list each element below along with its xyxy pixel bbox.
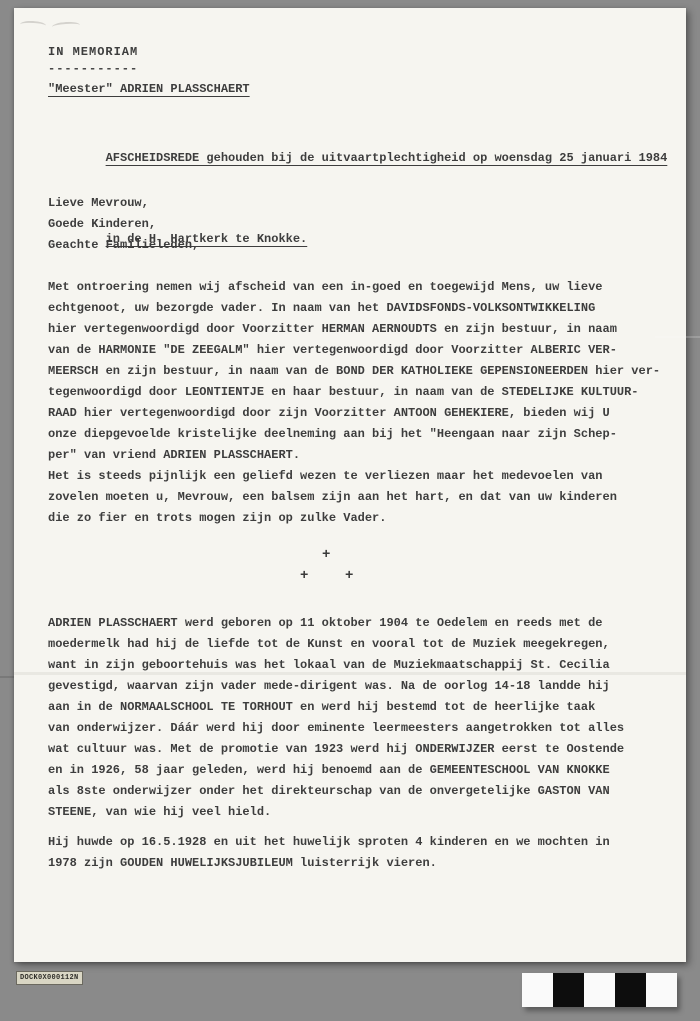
calibration-square xyxy=(646,973,677,1007)
text-line: per" van vriend ADRIEN PLASSCHAERT. xyxy=(48,445,660,466)
plus-mark: + xyxy=(322,548,330,562)
paragraph-2: ADRIEN PLASSCHAERT werd geboren op 11 ok… xyxy=(48,613,624,823)
archive-code-label: DOCK0X000112N xyxy=(16,971,83,985)
calibration-square xyxy=(553,973,584,1007)
occasion-line-1-text: AFSCHEIDSREDE gehouden bij de uitvaartpl… xyxy=(106,151,668,165)
pencil-mark xyxy=(52,21,80,31)
scan-artifact-line xyxy=(655,336,700,338)
page-title-block: IN MEMORIAM ----------- xyxy=(48,44,138,78)
scan-artifact-line xyxy=(0,676,14,678)
text-line: onze diepgevoelde kristelijke deelneming… xyxy=(48,424,660,445)
calibration-square xyxy=(584,973,615,1007)
text-line: als 8ste onderwijzer onder het direkteur… xyxy=(48,781,624,802)
plus-mark: + xyxy=(345,569,353,583)
text-line: Goede Kinderen, xyxy=(48,214,199,235)
text-line: moedermelk had hij de liefde tot de Kuns… xyxy=(48,634,624,655)
paragraph-3: Hij huwde op 16.5.1928 en uit het huweli… xyxy=(48,832,610,874)
text-line: hier vertegenwoordigd door Voorzitter HE… xyxy=(48,319,660,340)
text-line: aan in de NORMAALSCHOOL TE TORHOUT en we… xyxy=(48,697,624,718)
text-line: RAAD hier vertegenwoordigd door zijn Voo… xyxy=(48,403,660,424)
scan-background: IN MEMORIAM ----------- "Meester" ADRIEN… xyxy=(0,0,700,1021)
text-line: STEENE, van wie hij veel hield. xyxy=(48,802,624,823)
subject-line: "Meester" ADRIEN PLASSCHAERT xyxy=(48,82,250,96)
text-line: ADRIEN PLASSCHAERT werd geboren op 11 ok… xyxy=(48,613,624,634)
calibration-square xyxy=(522,973,553,1007)
occasion-line-1: AFSCHEIDSREDE gehouden bij de uitvaartpl… xyxy=(48,118,667,199)
text-line: 1978 zijn GOUDEN HUWELIJKSJUBILEUM luist… xyxy=(48,853,610,874)
text-line: en in 1926, 58 jaar geleden, werd hij be… xyxy=(48,760,624,781)
text-line: Het is steeds pijnlijk een geliefd wezen… xyxy=(48,466,660,487)
text-line: Geachte Familieleden, xyxy=(48,235,199,256)
text-line: van onderwijzer. Dáár werd hij door emin… xyxy=(48,718,624,739)
pencil-mark xyxy=(20,20,46,29)
page-title: IN MEMORIAM xyxy=(48,44,138,61)
plus-mark: + xyxy=(300,569,308,583)
text-line: Hij huwde op 16.5.1928 en uit het huweli… xyxy=(48,832,610,853)
text-line: wat cultuur was. Met de promotie van 192… xyxy=(48,739,624,760)
title-dashed-underline: ----------- xyxy=(48,61,138,78)
calibration-square xyxy=(615,973,646,1007)
text-line: Lieve Mevrouw, xyxy=(48,193,199,214)
text-line: zovelen moeten u, Mevrouw, een balsem zi… xyxy=(48,487,660,508)
scan-artifact-line xyxy=(14,672,686,675)
salutation-block: Lieve Mevrouw,Goede Kinderen,Geachte Fam… xyxy=(48,193,199,256)
text-line: gevestigd, waarvan zijn vader mede-dirig… xyxy=(48,676,624,697)
text-line: tegenwoordigd door LEONTIENTJE en haar b… xyxy=(48,382,660,403)
document-page: IN MEMORIAM ----------- "Meester" ADRIEN… xyxy=(14,8,686,962)
text-line: MEERSCH en zijn bestuur, in naam van de … xyxy=(48,361,660,382)
text-line: die zo fier en trots mogen zijn op zulke… xyxy=(48,508,660,529)
calibration-strip xyxy=(522,973,677,1007)
text-line: van de HARMONIE "DE ZEEGALM" hier verteg… xyxy=(48,340,660,361)
text-line: echtgenoot, uw bezorgde vader. In naam v… xyxy=(48,298,660,319)
subject-text: "Meester" ADRIEN PLASSCHAERT xyxy=(48,82,250,96)
text-line: Met ontroering nemen wij afscheid van ee… xyxy=(48,277,660,298)
paragraph-1: Met ontroering nemen wij afscheid van ee… xyxy=(48,277,660,529)
